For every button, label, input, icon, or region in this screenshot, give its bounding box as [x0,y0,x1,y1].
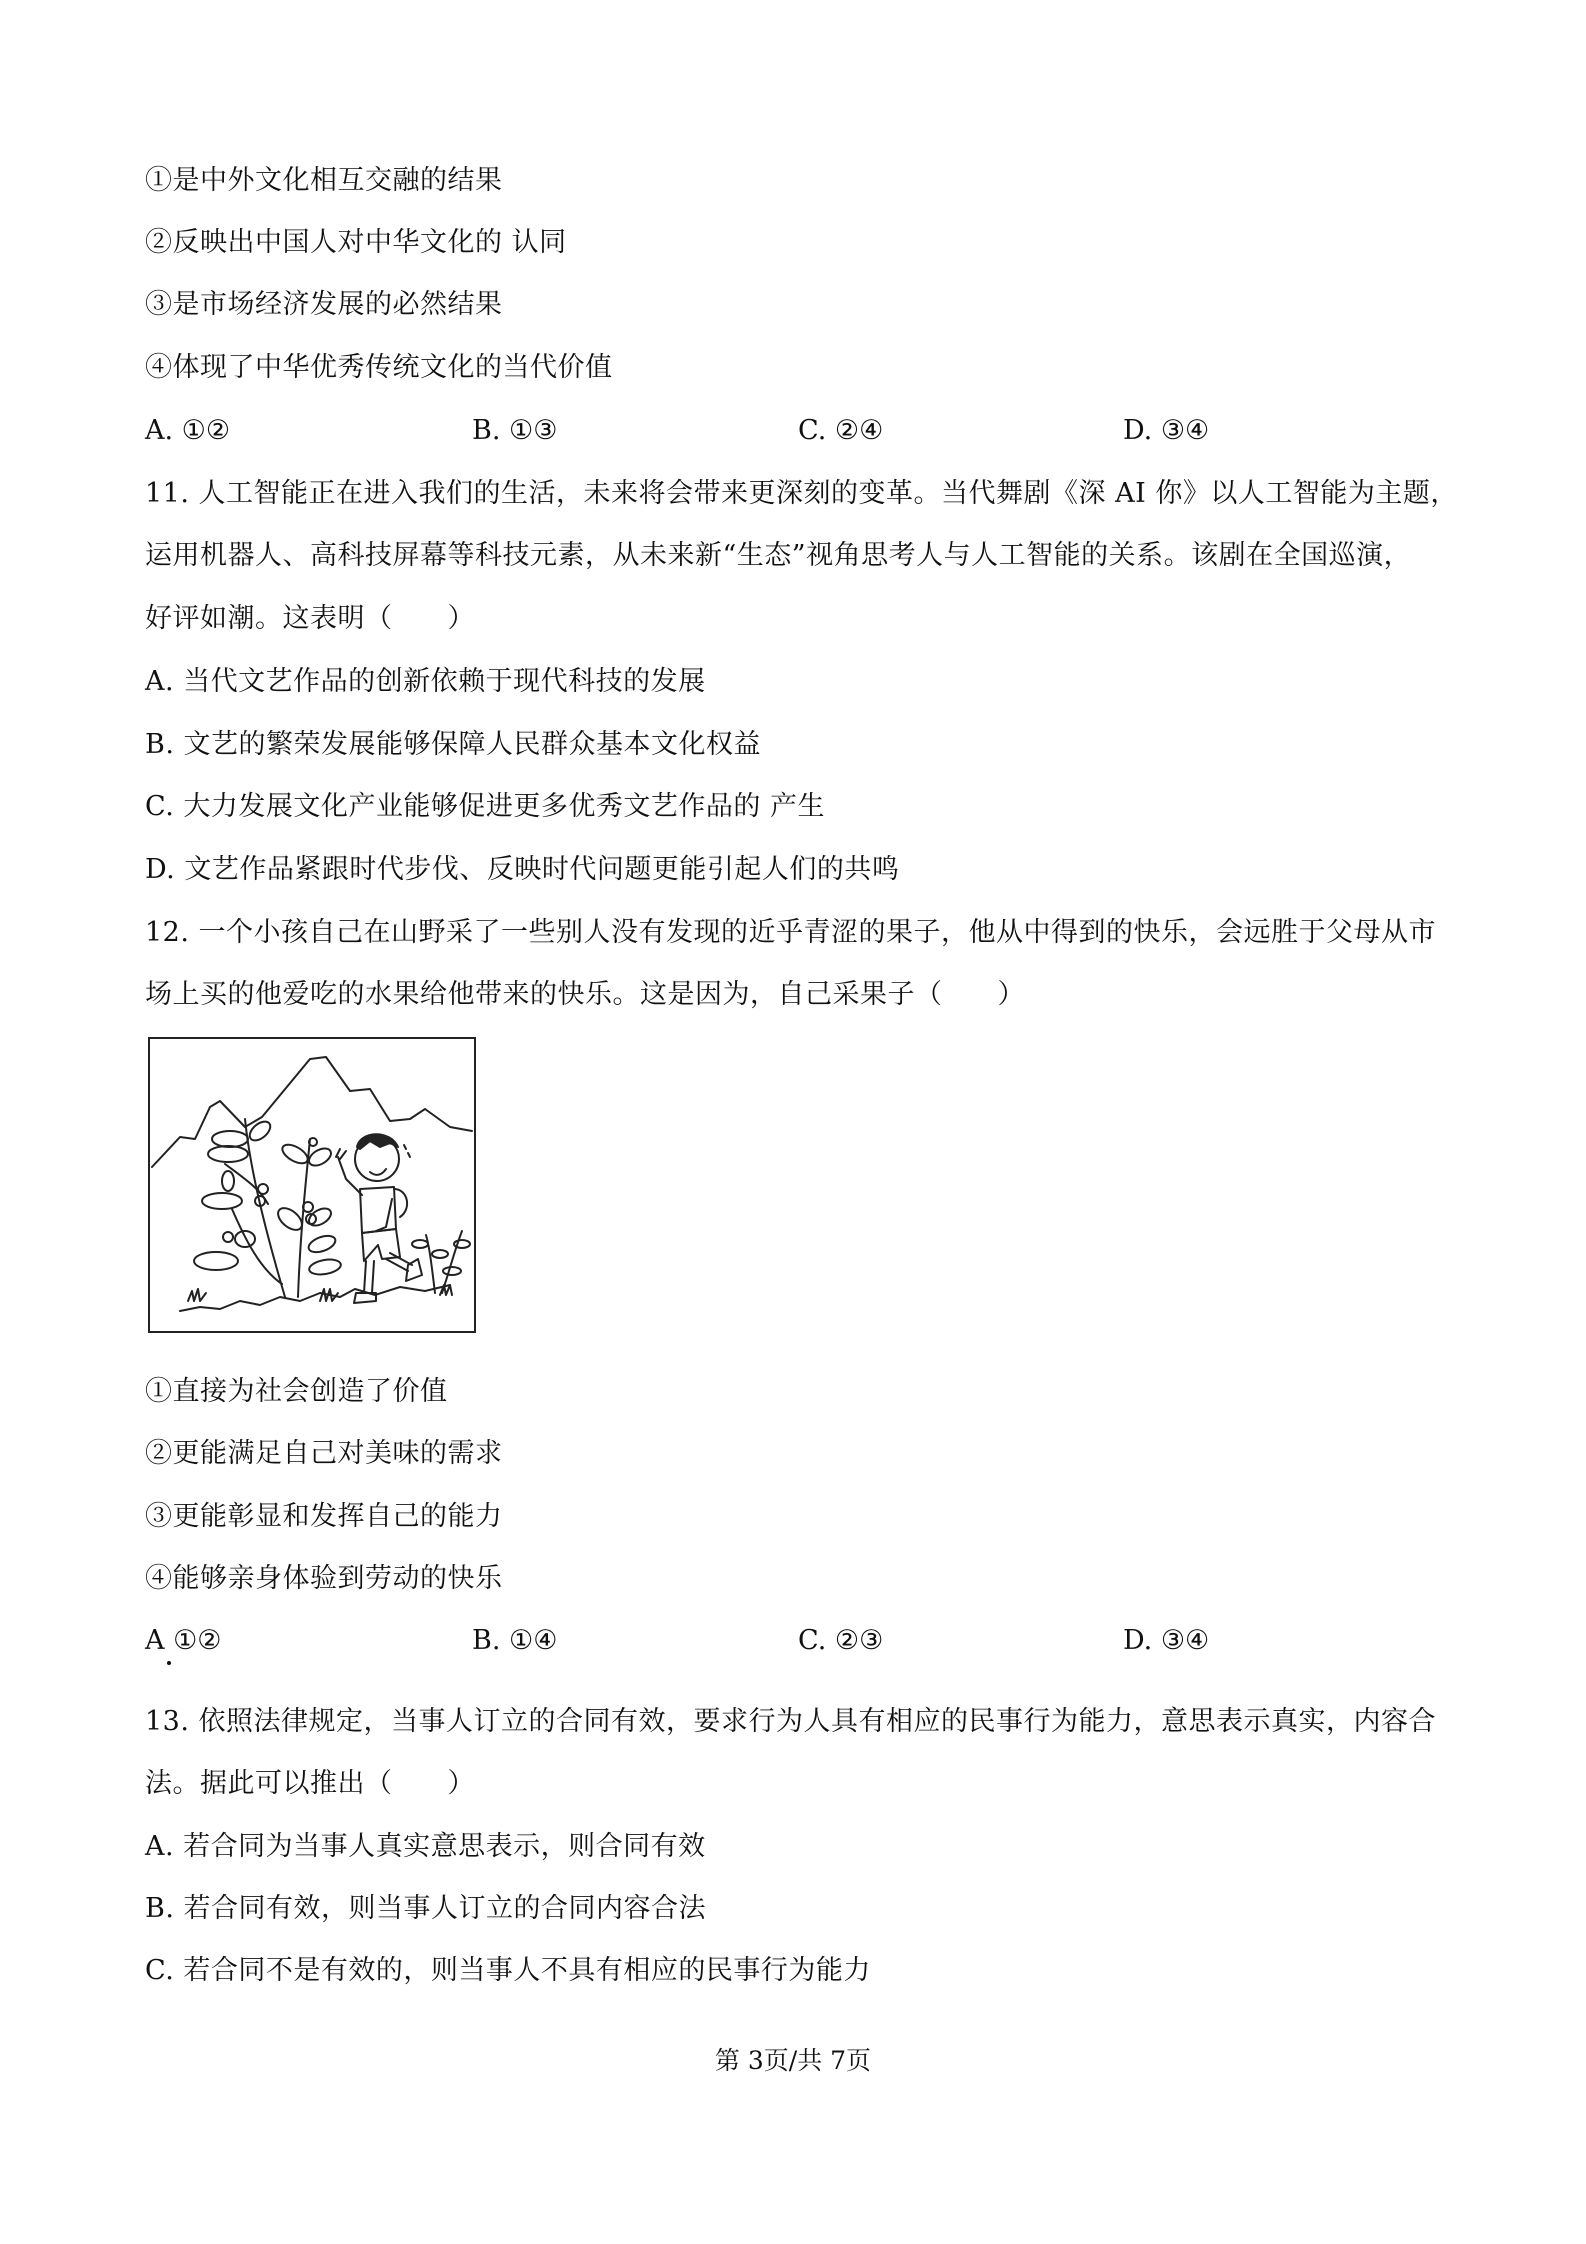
question-stem-line: 11. 人工智能正在进入我们的生活，未来将会带来更深刻的变革。当代舞剧《深 AI… [145,477,1458,511]
stray-period-mark [167,1661,171,1665]
option-a[interactable]: A ①② [145,1624,222,1658]
question-stem-line: 运用机器人、高科技屏幕等科技元素，从未来新“生态”视角思考人与人工智能的关系。该… [145,539,1411,573]
question-stem-line: 12. 一个小孩自己在山野采了一些别人没有发现的近乎青涩的果子，他从中得到的快乐… [145,916,1436,950]
option-d[interactable]: D. 文艺作品紧跟时代步伐、反映时代问题更能引起人们的共鸣 [145,853,899,887]
option-c[interactable]: C. 大力发展文化产业能够促进更多优秀文艺作品的 产生 [145,790,825,824]
question-stem-line: 13. 依照法律规定，当事人订立的合同有效，要求行为人具有相应的民事行为能力，意… [145,1705,1436,1739]
illustration-icon [150,1039,474,1331]
statement-4: ④体现了中华优秀传统文化的当代价值 [145,351,613,385]
statement-4: ④能够亲身体验到劳动的快乐 [145,1562,503,1596]
statement-2: ②反映出中国人对中华文化的 认同 [145,226,567,260]
option-a[interactable]: A. ①② [145,414,230,448]
option-b[interactable]: B. 若合同有效，则当事人订立的合同内容合法 [145,1892,706,1926]
question-stem-line: 好评如潮。这表明（ ） [145,602,475,636]
statement-3: ③更能彰显和发挥自己的能力 [145,1500,503,1534]
option-d[interactable]: D. ③④ [1123,1624,1209,1658]
option-a[interactable]: A. 若合同为当事人真实意思表示，则合同有效 [145,1830,706,1864]
option-b[interactable]: B. ①③ [472,414,557,448]
statement-1: ①是中外文化相互交融的结果 [145,164,503,198]
statement-3: ③是市场经济发展的必然结果 [145,288,503,322]
page-number: 第 3页/共 7页 [0,2044,1586,2078]
option-b[interactable]: B. ①④ [472,1624,557,1658]
option-c[interactable]: C. 若合同不是有效的，则当事人不具有相应的民事行为能力 [145,1954,871,1988]
option-c[interactable]: C. ②③ [798,1624,883,1658]
option-d[interactable]: D. ③④ [1123,414,1209,448]
option-a[interactable]: A. 当代文艺作品的创新依赖于现代科技的发展 [145,665,706,699]
option-b[interactable]: B. 文艺的繁荣发展能够保障人民群众基本文化权益 [145,728,761,762]
question-stem-line: 法。据此可以推出（ ） [145,1767,475,1801]
boy-picking-fruit-illustration [148,1037,476,1333]
question-stem-line: 场上买的他爱吃的水果给他带来的快乐。这是因为，自己采果子（ ） [145,978,1025,1012]
option-c[interactable]: C. ②④ [798,414,883,448]
statement-2: ②更能满足自己对美味的需求 [145,1437,503,1471]
statement-1: ①直接为社会创造了价值 [145,1375,448,1409]
